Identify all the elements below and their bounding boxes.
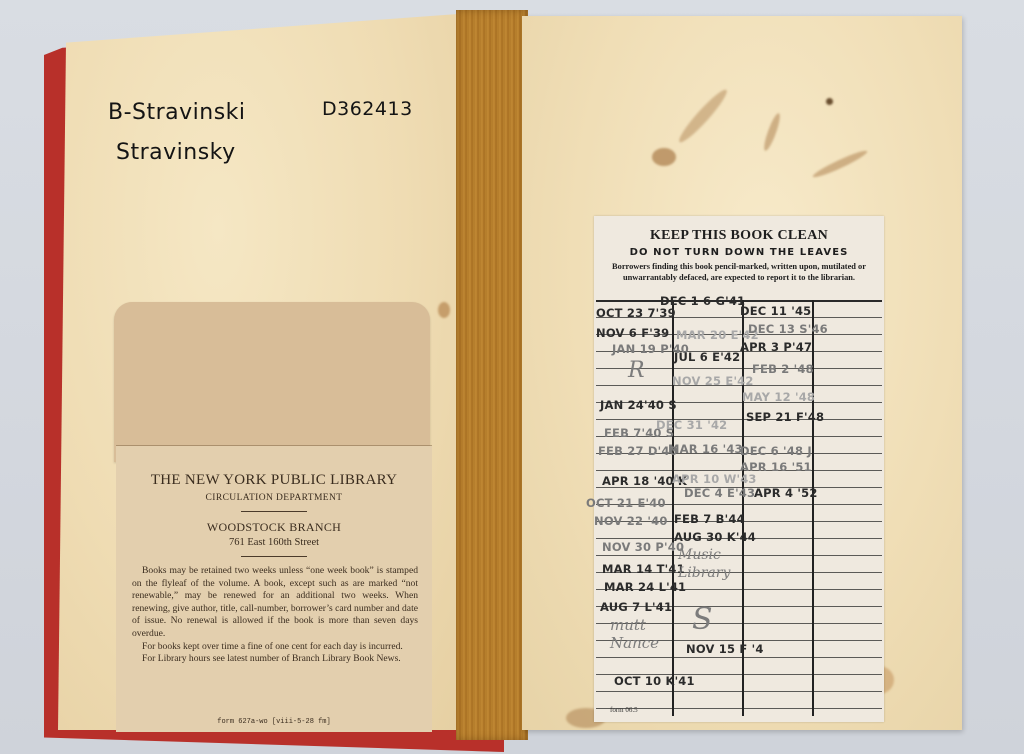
branch-name: WOODSTOCK BRANCH [116, 520, 432, 535]
library-circulation-card: THE NEW YORK PUBLIC LIBRARY CIRCULATION … [116, 446, 432, 732]
branch-address: 761 East 160th Street [116, 537, 432, 548]
due-date-stamp: OCT 10 K'41 [614, 674, 695, 688]
due-date-stamp: NOV 15 F '4 [686, 642, 764, 656]
grid-line [596, 708, 882, 709]
due-date-stamp: DEC 6 '48 J [740, 444, 812, 458]
due-date-stamp: DEC 31 '42 [656, 418, 727, 432]
due-date-stamp: JUL 6 E'42 [674, 350, 740, 364]
library-name: THE NEW YORK PUBLIC LIBRARY [116, 472, 432, 489]
grid-line [596, 419, 882, 420]
due-date-stamp: DEC 11 '45 [740, 304, 811, 318]
due-date-stamp: MAY 12 '48 [742, 390, 815, 404]
stain-mark [652, 148, 676, 166]
slip-form-number: form 06.5 [610, 706, 638, 714]
due-date-stamp: NOV 25 E'42 [672, 374, 754, 388]
due-date-stamp: OCT 21 E'40 [586, 496, 666, 510]
handwritten-accession-number: D362413 [322, 98, 413, 120]
rule-paragraph: For books kept over time a fine of one c… [132, 641, 418, 654]
slip-notice: Borrowers finding this book pencil-marke… [594, 262, 884, 283]
pencil-mark: R [628, 358, 645, 383]
book-pocket [114, 302, 430, 462]
due-date-stamp: AUG 30 K'44 [674, 530, 756, 544]
handwritten-call-label: B-Stravinski [108, 100, 246, 125]
loan-rules: Books may be retained two weeks unless “… [116, 565, 432, 666]
due-date-stamp: APR 3 P'47 [740, 340, 812, 354]
due-date-stamp: AUG 7 L'41 [600, 600, 672, 614]
due-date-stamp: APR 10 W'43 [672, 472, 757, 486]
due-date-stamp: MAR 16 '43 [668, 442, 743, 456]
card-form-number: form 627a-wo [viii-5-28 fm] [116, 718, 432, 726]
department-name: CIRCULATION DEPARTMENT [116, 493, 432, 503]
due-date-stamp: MAR 14 T'41 [602, 562, 685, 576]
slip-heading: KEEP THIS BOOK CLEAN [594, 228, 884, 244]
stain-mark [826, 98, 833, 105]
due-date-stamp: MAR 24 L'41 [604, 580, 686, 594]
grid-line [596, 555, 882, 556]
due-date-stamp: FEB 7 B'44 [674, 512, 745, 526]
due-date-stamp: JAN 24'40 S [600, 398, 677, 412]
due-date-stamp: APR 4 '52 [754, 486, 818, 500]
rule-paragraph: Books may be retained two weeks unless “… [132, 565, 418, 641]
grid-line [596, 691, 882, 692]
stain-mark [438, 302, 450, 318]
due-date-stamp: DEC 1 6 G'41 [660, 294, 745, 308]
due-date-stamp: NOV 22 '40 [594, 514, 668, 528]
due-date-stamp: OCT 23 7'39 [596, 306, 676, 320]
due-date-stamp: SEP 21 F'48 [746, 410, 824, 424]
handwritten-subject: Stravinsky [116, 140, 236, 165]
due-date-stamp: NOV 6 F'39 [596, 326, 669, 340]
pencil-note: Music Library [678, 546, 738, 582]
due-date-grid: OCT 23 7'39 NOV 6 F'39 JAN 19 P'40 R JAN… [594, 300, 882, 710]
divider [241, 556, 307, 557]
cloth-spine-hinge [456, 10, 528, 740]
due-date-stamp: DEC 4 E'43 [684, 486, 755, 500]
due-date-stamp: DEC 13 S'46 [748, 322, 828, 336]
due-date-stamp: FEB 27 D'40 [598, 444, 678, 458]
due-date-stamp: FEB 2 '48 [752, 362, 814, 376]
grid-line [596, 657, 882, 658]
date-due-slip: KEEP THIS BOOK CLEAN DO NOT TURN DOWN TH… [594, 216, 884, 722]
due-date-stamp: APR 16 '51 [740, 460, 812, 474]
rule-paragraph: For Library hours see latest number of B… [132, 653, 418, 666]
due-date-stamp: NOV 30 P'40 [602, 540, 684, 554]
slip-subheading: DO NOT TURN DOWN THE LEAVES [594, 247, 884, 258]
pencil-mark: S [692, 602, 713, 637]
pencil-signature: mutt Nance [610, 616, 670, 652]
grid-line [596, 470, 882, 471]
divider [241, 511, 307, 512]
